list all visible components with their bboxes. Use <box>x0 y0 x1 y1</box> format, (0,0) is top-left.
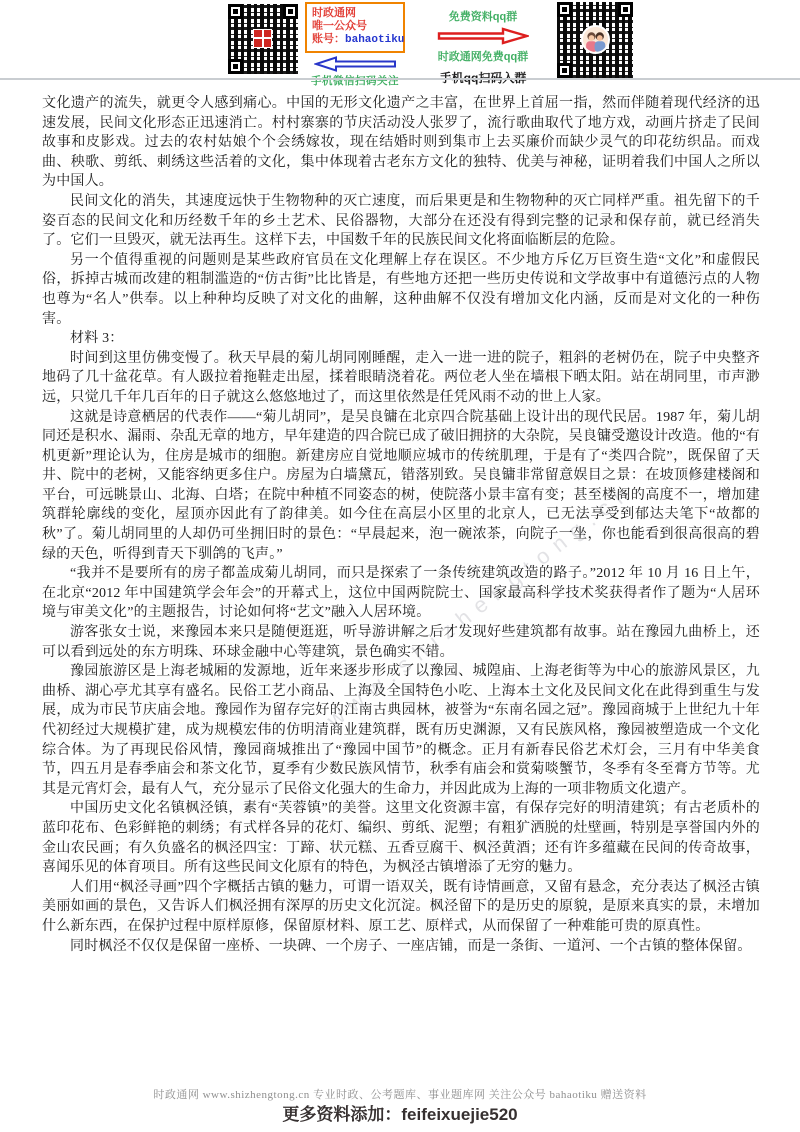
qr-finder-pattern <box>557 2 572 17</box>
footer-contact-line: 更多资料添加：feifeixuejie520 <box>0 1100 800 1125</box>
qq-group-label: 免费资料qq群 <box>449 8 517 24</box>
site-name-label: 时政通网 <box>312 7 398 20</box>
paragraph: 另一个值得重视的问题则是某些政府官员在文化理解上存在误区。不少地方斥亿万巨资生造… <box>42 251 760 329</box>
account-label: 账号： <box>312 33 345 45</box>
footer-contact-value: feifeixuejie520 <box>401 1105 517 1124</box>
qq-group-name-label: 时政通网免费qq群 <box>438 48 528 64</box>
official-account-label: 唯一公众号 <box>312 20 398 33</box>
shizhengtong-logo-icon <box>253 29 272 48</box>
left-arrow-icon <box>314 56 396 72</box>
qr-finder-pattern <box>283 4 298 19</box>
wechat-account-box: 时政通网 唯一公众号 账号：bahaotiku <box>305 2 405 53</box>
qr-finder-pattern <box>557 63 572 78</box>
account-value: bahaotiku <box>345 34 404 46</box>
page-header: 时政通网 唯一公众号 账号：bahaotiku 手机微信扫码关注 免费资料qq群… <box>0 0 800 78</box>
document-page: 时政通网 唯一公众号 账号：bahaotiku 手机微信扫码关注 免费资料qq群… <box>0 0 800 1132</box>
account-line: 账号：bahaotiku <box>312 33 398 47</box>
qr-finder-pattern <box>228 4 243 19</box>
paragraph: 游客张女士说，来豫园本来只是随便逛逛，听导游讲解之后才发现好些建筑都有故事。站在… <box>42 623 760 662</box>
paragraph: 中国历史文化名镇枫泾镇，素有“芙蓉镇”的美誉。这里文化资源丰富，有保存完好的明清… <box>42 799 760 877</box>
qq-avatar <box>581 25 610 54</box>
material-heading: 材料 3： <box>42 329 760 349</box>
qr-finder-pattern <box>228 59 243 74</box>
qr-finder-pattern <box>618 2 633 17</box>
header-divider <box>0 78 800 80</box>
paragraph: 同时枫泾不仅仅是保留一座桥、一块碑、一个房子、一座店铺，而是一条街、一道河、一个… <box>42 937 760 957</box>
paragraph: “我并不是要所有的房子都盖成菊儿胡同，而只是探索了一条传统建筑改造的路子。”20… <box>42 564 760 623</box>
paragraph: 这就是诗意栖居的代表作——“菊儿胡同”，是吴良镛在北京四合院基础上设计出的现代民… <box>42 408 760 565</box>
wechat-qr-code <box>228 4 298 74</box>
wechat-scan-caption: 手机微信扫码关注 <box>311 73 399 88</box>
right-arrow-icon <box>437 27 529 45</box>
footer-contact-label: 更多资料添加： <box>282 1105 401 1124</box>
document-body: 文化遗产的流失，就更令人感到痛心。中国的无形文化遗产之丰富，在世界上首屈一指，然… <box>42 94 760 956</box>
paragraph: 时间到这里仿佛变慢了。秋天早晨的菊儿胡同刚睡醒，走入一进一进的院子，粗斜的老树仍… <box>42 349 760 408</box>
qq-qr-code <box>557 2 633 78</box>
paragraph: 民间文化的消失，其速度远快于生物物种的灭亡速度，而后果更是和生物物种的灭亡同样严… <box>42 192 760 251</box>
paragraph: 豫园旅游区是上海老城厢的发源地，近年来逐步形成了以豫园、城隍庙、上海老街等为中心… <box>42 662 760 799</box>
paragraph: 文化遗产的流失，就更令人感到痛心。中国的无形文化遗产之丰富，在世界上首屈一指，然… <box>42 94 760 192</box>
paragraph: 人们用“枫泾寻画”四个字概括古镇的魅力，可谓一语双关，既有诗情画意，又留有悬念，… <box>42 878 760 937</box>
